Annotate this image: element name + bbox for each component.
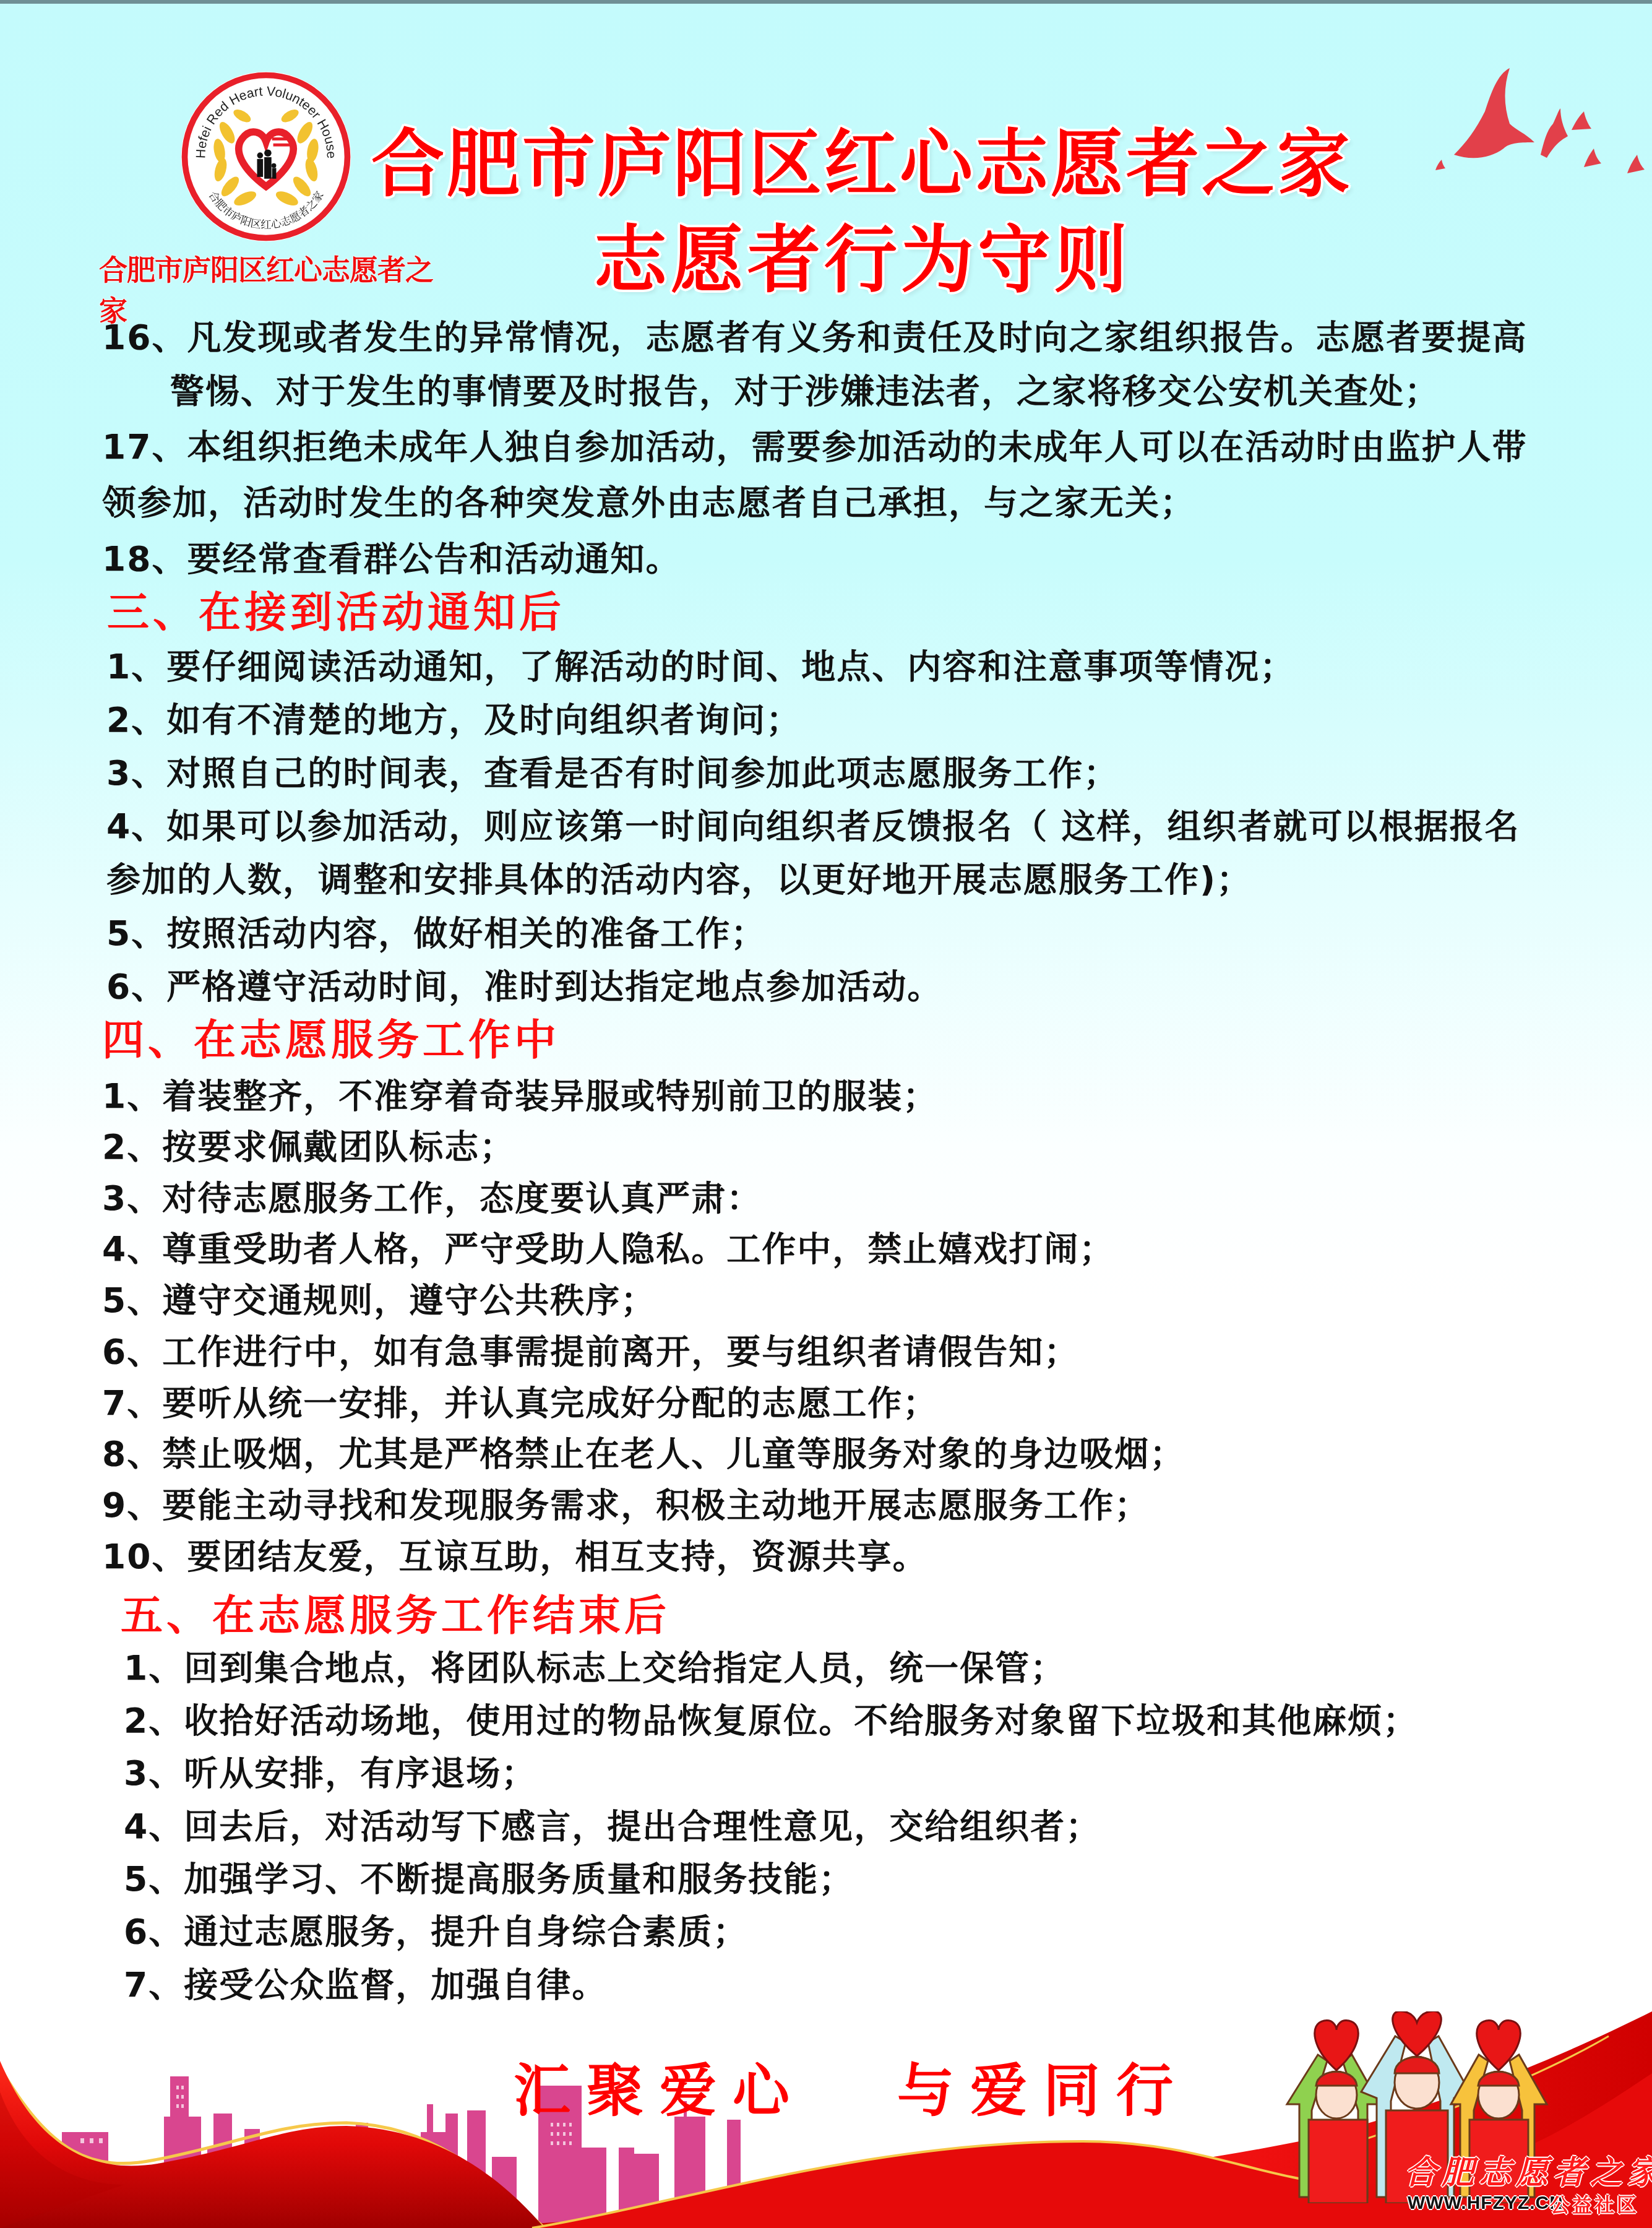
section3-item-4: 4、如果可以参加活动，则应该第一时间向组织者反馈报名（ 这样，组织者就可以根据报… — [106, 810, 1520, 844]
brand-name: 合肥志愿者之家 — [1405, 2146, 1652, 2193]
section4-item-10: 10、要团结友爱，互谅互助，相互支持，资源共享。 — [102, 1540, 928, 1574]
section-heading-3: 三、在接到活动通知后 — [107, 592, 565, 634]
section5-item-7: 7、接受公众监督，加强自律。 — [124, 1968, 607, 2002]
section4-item-9: 9、要能主动寻找和发现服务需求，积极主动地开展志愿服务工作； — [102, 1488, 1150, 1522]
flying-doves-icon — [1417, 50, 1652, 186]
section3-item-4-cont: 参加的人数，调整和安排具体的活动内容，以更好地开展志愿服务工作)； — [106, 863, 1252, 897]
section3-item-2: 2、如有不清楚的地方，及时向组织者询问； — [106, 703, 801, 737]
rule-item-17-cont: 领参加，活动时发生的各种突发意外由志愿者自己承担，与之家无关； — [102, 486, 1195, 520]
top-border — [0, 0, 1652, 4]
section4-item-5: 5、遵守交通规则，遵守公共秩序； — [102, 1284, 656, 1318]
rule-item-16: 16、凡发现或者发生的异常情况，志愿者有义务和责任及时向之家组织报告。志愿者要提… — [102, 321, 1528, 355]
section-heading-4: 四、在志愿服务工作中 — [102, 1020, 560, 1062]
organization-logo: Hefei Red Heart Volunteer House 合肥市庐阳区红心… — [176, 67, 356, 246]
page-title-organization: 合肥市庐阳区红心志愿者之家 — [371, 105, 1353, 210]
section3-item-1: 1、要仔细阅读活动通知，了解活动的时间、地点、内容和注意事项等情况； — [106, 650, 1295, 684]
slogan-walk-with-love: 与爱同行 — [897, 2045, 1189, 2127]
rule-item-18: 18、要经常查看群公告和活动通知。 — [102, 542, 681, 576]
section5-item-3: 3、听从安排，有序退场； — [124, 1756, 536, 1790]
footer-banner — [0, 1999, 1652, 2228]
section3-item-6: 6、严格遵守活动时间，准时到达指定地点参加活动。 — [106, 970, 942, 1004]
section5-item-4: 4、回去后，对活动写下感言，提出合理性意见，交给组织者； — [124, 1810, 1101, 1844]
slogan-gather-love: 汇聚爱心 — [514, 2045, 806, 2127]
rule-item-17: 17、本组织拒绝未成年人独自参加活动，需要参加活动的未成年人可以在活动时由监护人… — [102, 430, 1528, 464]
section4-item-7: 7、要听从统一安排，并认真完成好分配的志愿工作； — [102, 1386, 938, 1420]
rule-item-16-cont: 警惕、对于发生的事情要及时报告，对于涉嫌违法者，之家将移交公安机关查处； — [170, 374, 1440, 408]
section4-item-3: 3、对待志愿服务工作，态度要认真严肃： — [102, 1181, 762, 1215]
section4-item-6: 6、工作进行中，如有急事需提前离开，要与组织者请假告知； — [102, 1335, 1079, 1369]
section5-item-2: 2、收拾好活动场地，使用过的物品恢复原位。不给服务对象留下垃圾和其他麻烦； — [124, 1704, 1418, 1738]
section4-item-2: 2、按要求佩戴团队标志； — [102, 1130, 515, 1164]
section5-item-6: 6、通过志愿服务，提升自身综合素质； — [124, 1915, 748, 1949]
section3-item-3: 3、对照自己的时间表，查看是否有时间参加此项志愿服务工作； — [106, 756, 1119, 790]
heart-hand-family-icon: Hefei Red Heart Volunteer House 合肥市庐阳区红心… — [176, 67, 356, 246]
section5-item-5: 5、加强学习、不断提高服务质量和服务技能； — [124, 1862, 854, 1896]
section3-item-5: 5、按照活动内容，做好相关的准备工作； — [106, 917, 766, 951]
page-title-code-of-conduct: 志愿者行为守则 — [594, 201, 1131, 306]
section-heading-5: 五、在志愿服务工作结束后 — [121, 1595, 670, 1638]
section4-item-8: 8、禁止吸烟，尤其是严格禁止在老人、儿童等服务对象的身边吸烟； — [102, 1437, 1185, 1471]
section4-item-1: 1、着装整齐，不准穿着奇装异服或特别前卫的服装； — [102, 1079, 938, 1113]
website-url: WWW.HFZYZ.CN — [1408, 2193, 1564, 2214]
section4-item-4: 4、尊重受助者人格，严守受助人隐私。工作中，禁止嬉戏打闹； — [102, 1232, 1114, 1266]
section5-item-1: 1、回到集合地点，将团队标志上交给指定人员，统一保管； — [124, 1651, 1065, 1685]
community-label: 公益社区 — [1550, 2190, 1639, 2218]
